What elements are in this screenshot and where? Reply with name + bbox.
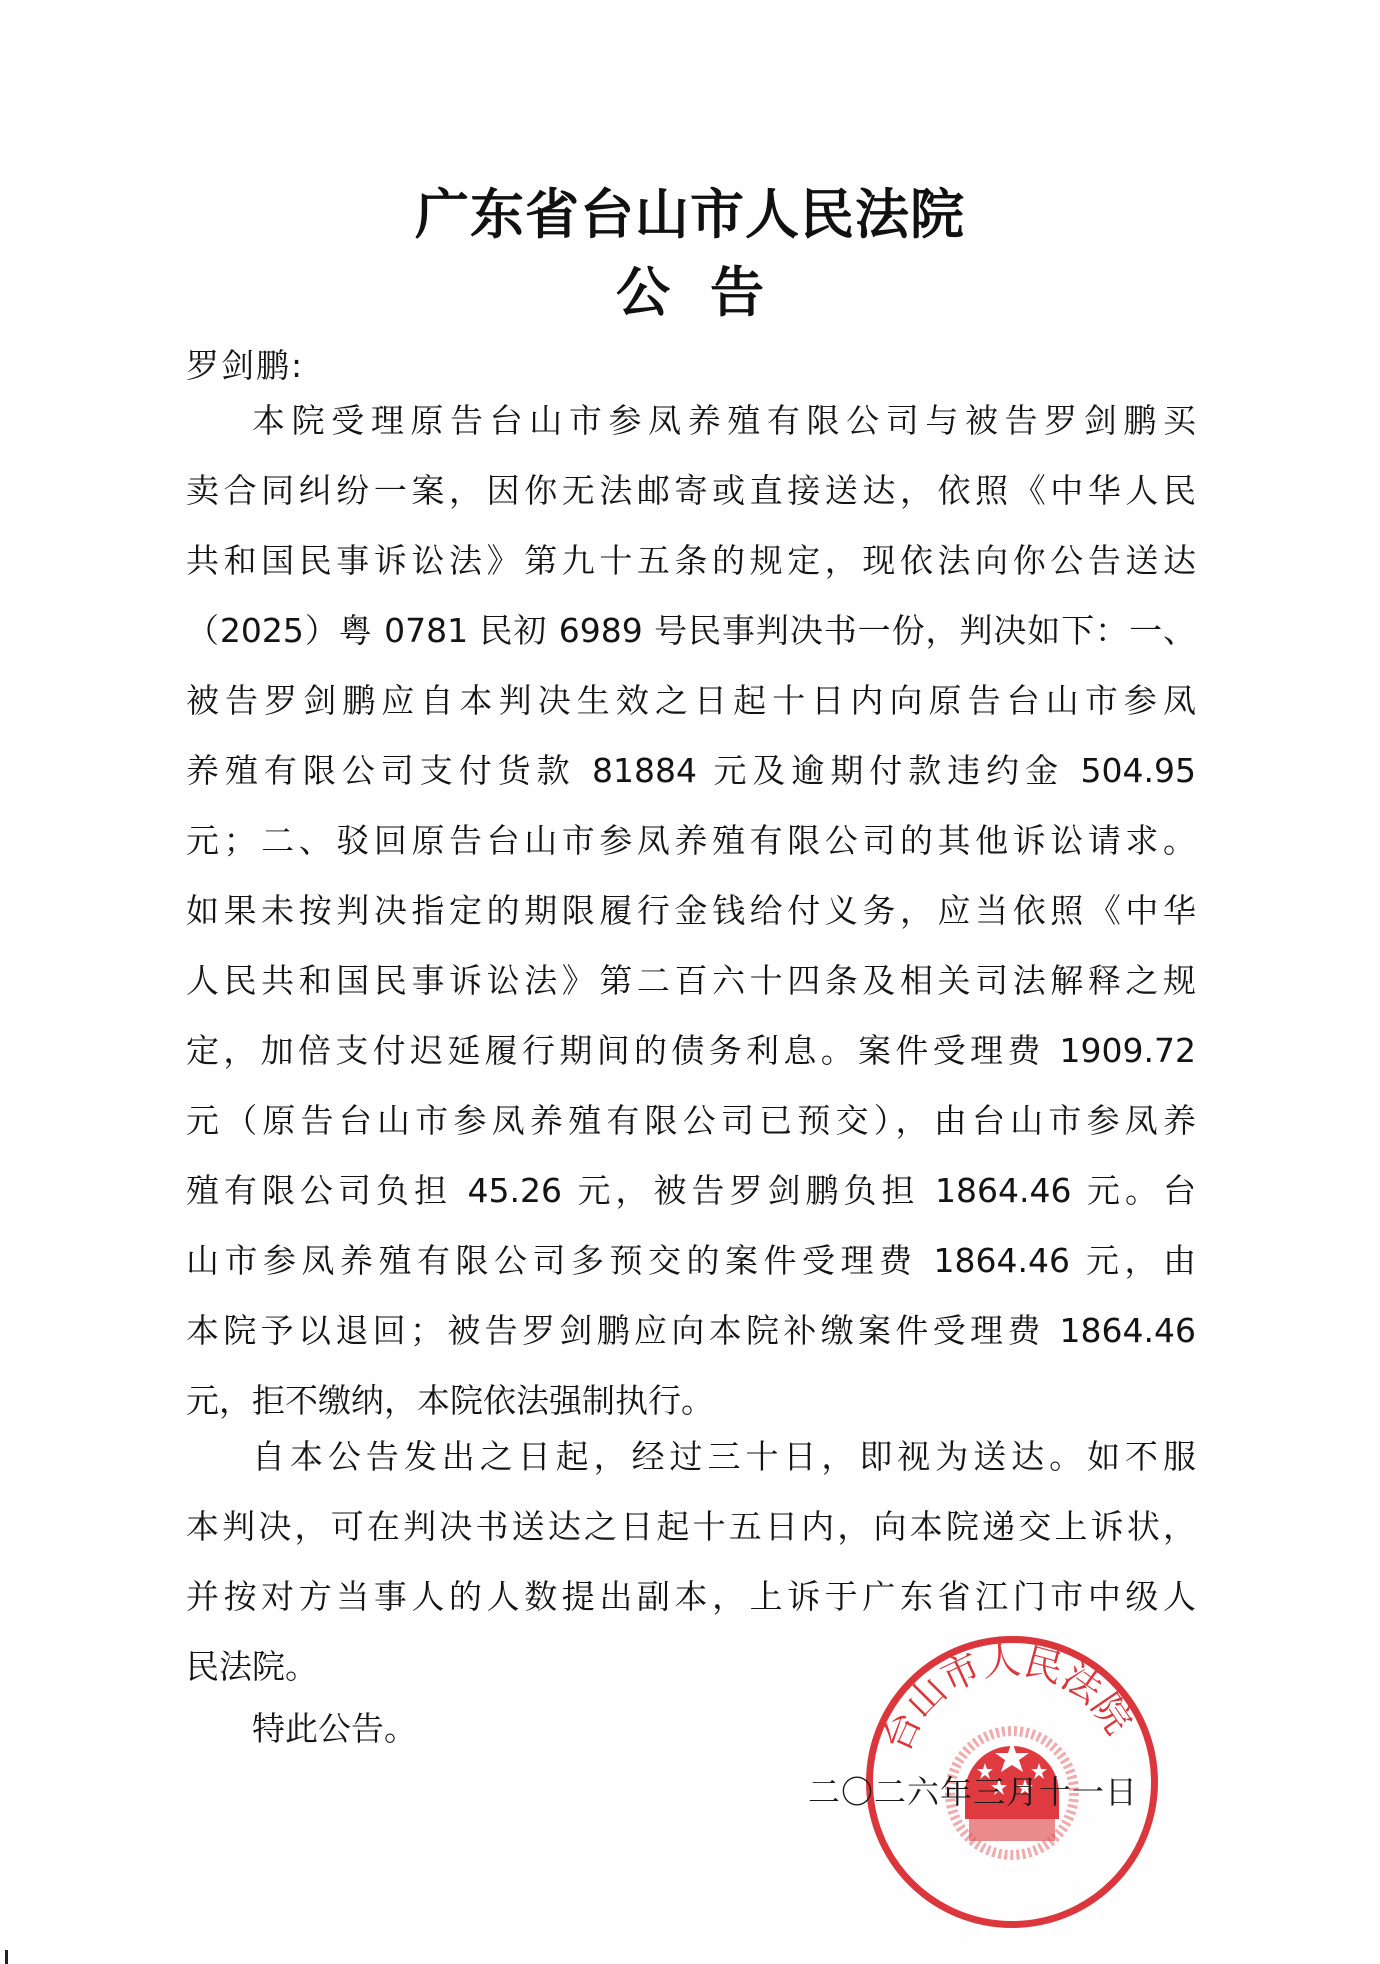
- paragraph-line: 元；二、驳回原告台山市参凤养殖有限公司的其他诉讼请求。: [186, 806, 1196, 876]
- paragraph-line: 自本公告发出之日起，经过三十日，即视为送达。如不服: [186, 1422, 1196, 1492]
- paragraph-line: （2025）粤 0781 民初 6989 号民事判决书一份，判决如下：一、: [186, 596, 1196, 666]
- seal-text: 台山市人民法院: [874, 1643, 1141, 1758]
- issue-date: 二〇二六年三月十一日: [808, 1767, 1138, 1813]
- judgment-paragraph: 本院受理原告台山市参凤养殖有限公司与被告罗剑鹏买 卖合同纠纷一案，因你无法邮寄或…: [186, 386, 1196, 1436]
- paragraph-line: 人民共和国民事诉讼法》第二百六十四条及相关司法解释之规: [186, 946, 1196, 1016]
- paragraph-line: 本判决，可在判决书送达之日起十五日内，向本院递交上诉状，: [186, 1492, 1196, 1562]
- court-notice-page: 广东省台山市人民法院 公告 罗剑鹏: 本院受理原告台山市参凤养殖有限公司与被告罗…: [0, 0, 1380, 1964]
- paragraph-line: 殖有限公司负担 45.26 元，被告罗剑鹏负担 1864.46 元。台: [186, 1156, 1196, 1226]
- paragraph-line: 元（原告台山市参凤养殖有限公司已预交），由台山市参凤养: [186, 1086, 1196, 1156]
- paragraph-line: 山市参凤养殖有限公司多预交的案件受理费 1864.46 元，由: [186, 1226, 1196, 1296]
- paragraph-line: 被告罗剑鹏应自本判决生效之日起十日内向原告台山市参凤: [186, 666, 1196, 736]
- scan-artifact: [5, 1950, 8, 1964]
- notice-title: 公告: [0, 250, 1380, 327]
- addressee: 罗剑鹏:: [186, 340, 304, 387]
- court-name-title: 广东省台山市人民法院: [0, 172, 1380, 249]
- paragraph-line: 本院予以退回；被告罗剑鹏应向本院补缴案件受理费 1864.46: [186, 1296, 1196, 1366]
- paragraph-line: 本院受理原告台山市参凤养殖有限公司与被告罗剑鹏买: [186, 386, 1196, 456]
- paragraph-line: 如果未按判决指定的期限履行金钱给付义务，应当依照《中华: [186, 876, 1196, 946]
- paragraph-line: 卖合同纠纷一案，因你无法邮寄或直接送达，依照《中华人民: [186, 456, 1196, 526]
- paragraph-line: 定，加倍支付迟延履行期间的债务利息。案件受理费 1909.72: [186, 1016, 1196, 1086]
- paragraph-line: 养殖有限公司支付货款 81884 元及逾期付款违约金 504.95: [186, 736, 1196, 806]
- paragraph-line: 并按对方当事人的人数提出副本，上诉于广东省江门市中级人: [186, 1562, 1196, 1632]
- paragraph-line: 共和国民事诉讼法》第九十五条的规定，现依法向你公告送达: [186, 526, 1196, 596]
